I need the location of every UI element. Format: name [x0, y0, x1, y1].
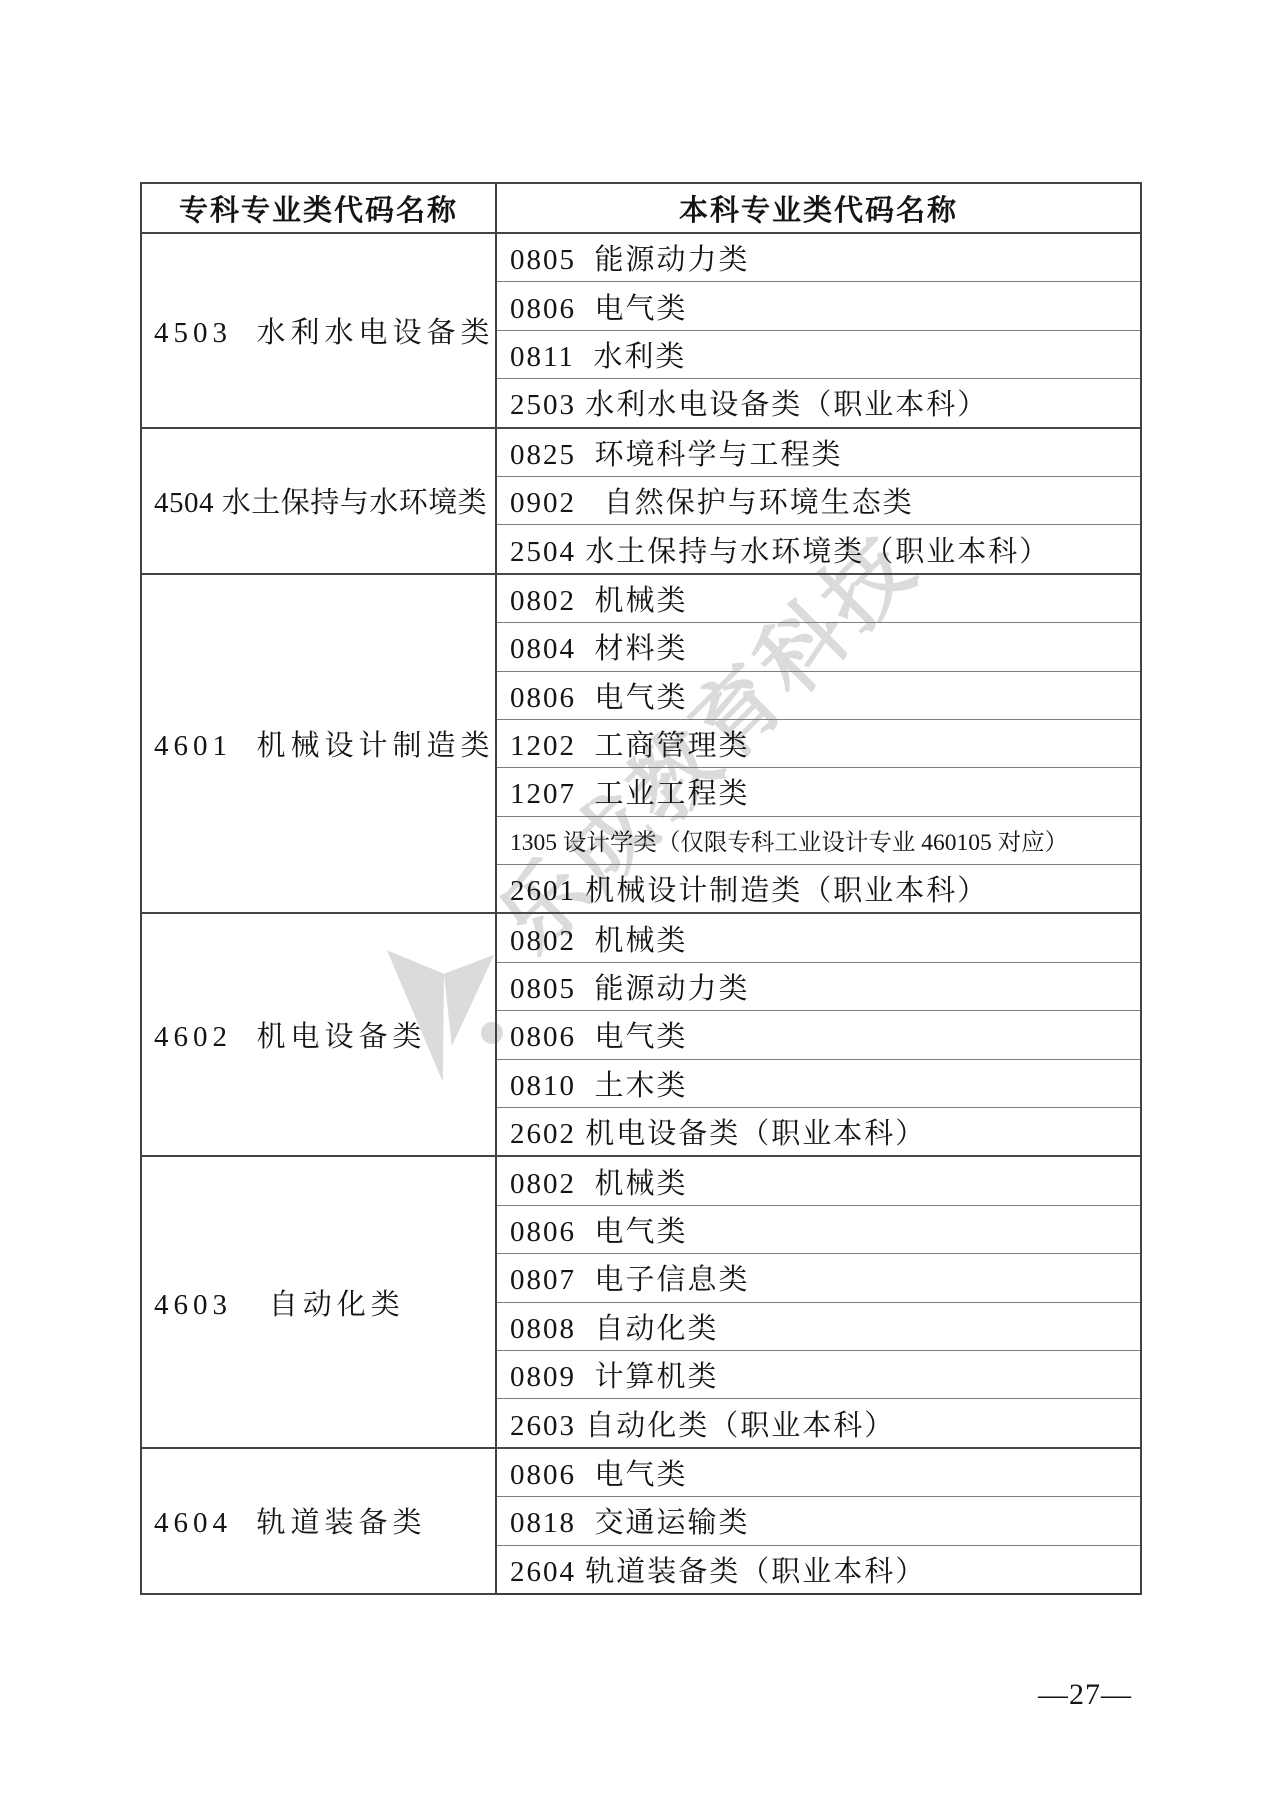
- undergraduate-category-cell: 0811 水利类: [496, 330, 1141, 378]
- vocational-category-cell: 4504 水土保持与水环境类: [141, 428, 496, 574]
- table-body: 4503 水利水电设备类0805 能源动力类0806 电气类0811 水利类25…: [141, 233, 1141, 1594]
- undergraduate-category-cell: 0806 电气类: [496, 282, 1141, 330]
- vocational-category-cell: 4503 水利水电设备类: [141, 233, 496, 428]
- undergraduate-category-cell: 0805 能源动力类: [496, 962, 1141, 1010]
- table-row: 4604 轨道装备类0806 电气类: [141, 1448, 1141, 1497]
- undergraduate-category-cell: 0802 机械类: [496, 913, 1141, 962]
- header-vocational-category: 专科专业类代码名称: [141, 183, 496, 233]
- table-row: 4504 水土保持与水环境类0825 环境科学与工程类: [141, 428, 1141, 477]
- vocational-category-cell: 4602 机电设备类: [141, 913, 496, 1156]
- vocational-category-cell: 4604 轨道装备类: [141, 1448, 496, 1594]
- major-mapping-table: 专科专业类代码名称 本科专业类代码名称 4503 水利水电设备类0805 能源动…: [140, 182, 1142, 1595]
- table-header-row: 专科专业类代码名称 本科专业类代码名称: [141, 183, 1141, 233]
- undergraduate-category-cell: 0825 环境科学与工程类: [496, 428, 1141, 477]
- undergraduate-category-cell: 0808 自动化类: [496, 1302, 1141, 1350]
- undergraduate-category-cell: 0818 交通运输类: [496, 1497, 1141, 1545]
- undergraduate-category-cell: 0806 电气类: [496, 671, 1141, 719]
- undergraduate-category-cell: 0810 土木类: [496, 1059, 1141, 1107]
- header-undergraduate-category: 本科专业类代码名称: [496, 183, 1141, 233]
- undergraduate-category-cell: 1207 工业工程类: [496, 768, 1141, 816]
- table-row: 4503 水利水电设备类0805 能源动力类: [141, 233, 1141, 282]
- undergraduate-category-cell: 2603 自动化类（职业本科）: [496, 1399, 1141, 1448]
- undergraduate-category-cell: 0806 电气类: [496, 1448, 1141, 1497]
- undergraduate-category-cell: 1305 设计学类（仅限专科工业设计专业 460105 对应）: [496, 816, 1141, 864]
- undergraduate-category-cell: 0902 自然保护与环境生态类: [496, 476, 1141, 524]
- vocational-category-cell: 4603 自动化类: [141, 1156, 496, 1447]
- undergraduate-category-cell: 0806 电气类: [496, 1011, 1141, 1059]
- table-row: 4602 机电设备类0802 机械类: [141, 913, 1141, 962]
- undergraduate-category-cell: 0802 机械类: [496, 574, 1141, 623]
- table-row: 4603 自动化类0802 机械类: [141, 1156, 1141, 1205]
- undergraduate-category-cell: 2503 水利水电设备类（职业本科）: [496, 379, 1141, 428]
- undergraduate-category-cell: 0809 计算机类: [496, 1350, 1141, 1398]
- undergraduate-category-cell: 2604 轨道装备类（职业本科）: [496, 1545, 1141, 1594]
- undergraduate-category-cell: 2601 机械设计制造类（职业本科）: [496, 865, 1141, 914]
- undergraduate-category-cell: 0804 材料类: [496, 623, 1141, 671]
- undergraduate-category-cell: 0807 电子信息类: [496, 1254, 1141, 1302]
- undergraduate-category-cell: 0802 机械类: [496, 1156, 1141, 1205]
- vocational-category-cell: 4601 机械设计制造类: [141, 574, 496, 914]
- page-number: —27—: [1030, 1678, 1140, 1712]
- undergraduate-category-cell: 2504 水土保持与水环境类（职业本科）: [496, 525, 1141, 574]
- undergraduate-category-cell: 0806 电气类: [496, 1205, 1141, 1253]
- undergraduate-category-cell: 2602 机电设备类（职业本科）: [496, 1108, 1141, 1157]
- table-row: 4601 机械设计制造类0802 机械类: [141, 574, 1141, 623]
- undergraduate-category-cell: 1202 工商管理类: [496, 719, 1141, 767]
- undergraduate-category-cell: 0805 能源动力类: [496, 233, 1141, 282]
